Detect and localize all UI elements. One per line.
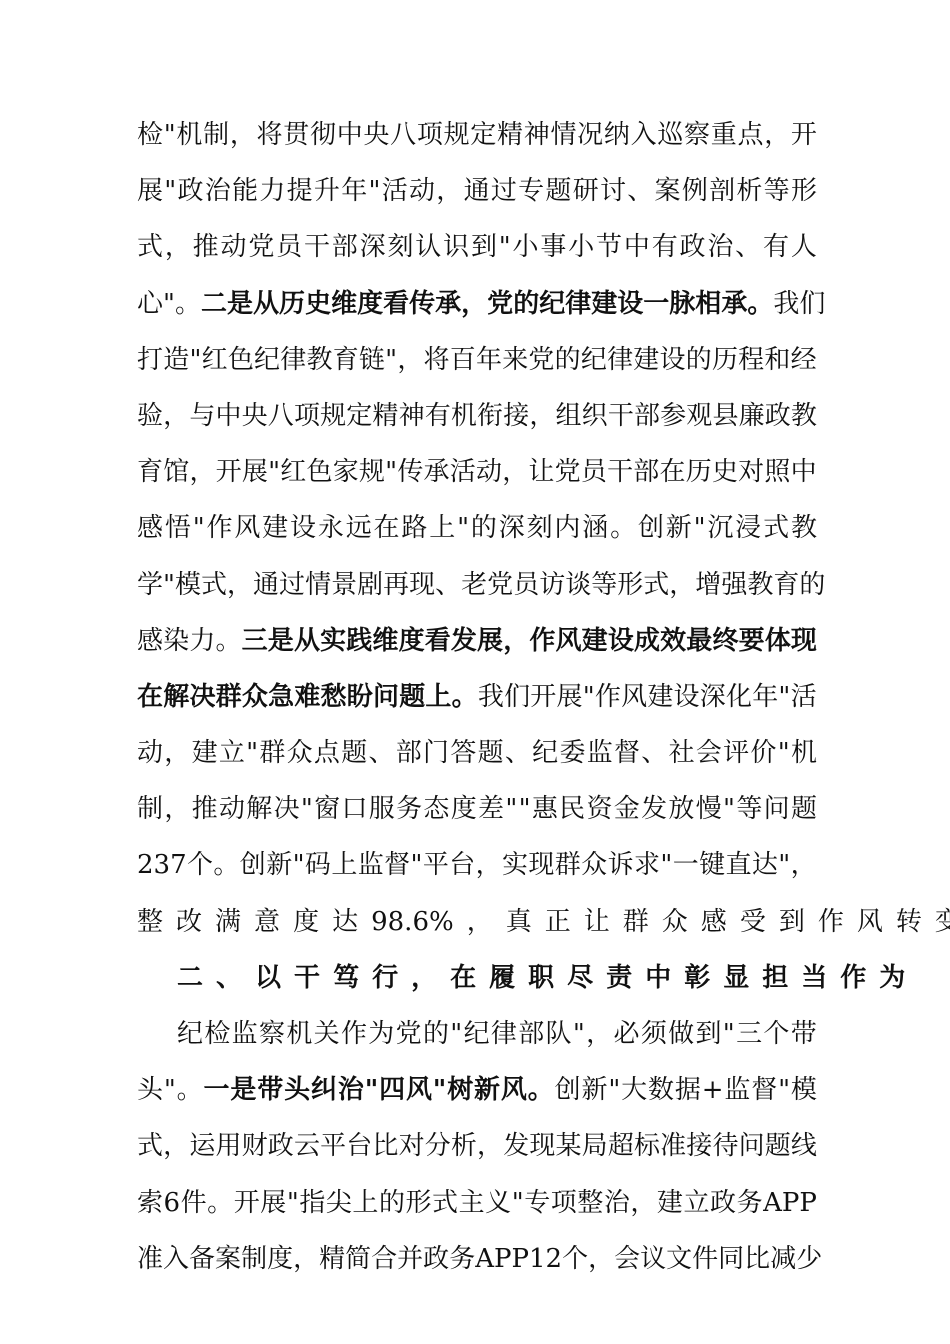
body-text: 直 (725, 840, 751, 896)
bold-text: ， (461, 279, 487, 335)
body-text: 动 (220, 222, 246, 278)
body-text: 政 (680, 222, 706, 278)
body-text: 远 (346, 503, 372, 559)
paragraph-line: 在解决群众急难愁盼问题上。我们开展"作风建设深化年"活 (137, 672, 817, 728)
body-text: " (164, 110, 176, 166)
body-text: 式 (763, 503, 789, 559)
body-text: APP12 (475, 1234, 562, 1290)
body-text: 神 (524, 110, 550, 166)
body-text: 新 (666, 503, 692, 559)
body-text: 建 (657, 1178, 683, 1234)
body-text: 作 (595, 672, 621, 728)
body-text: 慢 (696, 784, 722, 840)
body-text: ， (165, 222, 191, 278)
body-text: 必 (613, 1009, 639, 1065)
body-text: 评 (723, 728, 749, 784)
body-text: 98.6% (371, 897, 454, 953)
body-text: 据 (675, 1065, 701, 1121)
bold-text: 中 (645, 953, 671, 1009)
body-text: 同 (718, 1234, 744, 1290)
body-text: 超 (608, 1121, 634, 1177)
body-text: 整 (137, 897, 163, 953)
body-text: 设 (660, 335, 686, 391)
body-text: 一 (673, 840, 699, 896)
body-text: 接 (686, 1121, 712, 1177)
body-text: 们 (799, 279, 825, 335)
body-text: " (385, 447, 397, 503)
body-text: ， (164, 784, 190, 840)
body-text: 建 (262, 503, 288, 559)
body-text: 员 (581, 447, 607, 503)
body-text: " (189, 335, 201, 391)
bold-text: 树 (447, 1065, 473, 1121)
body-text: 们 (504, 672, 530, 728)
bold-text: 。 (452, 672, 478, 728)
body-text: 事 (540, 222, 566, 278)
body-text: 历 (686, 447, 712, 503)
body-text: 在 (660, 447, 686, 503)
body-text: 题 (478, 728, 504, 784)
body-text: " (505, 784, 517, 840)
body-text: " (368, 166, 380, 222)
bold-text: 风 (406, 1065, 432, 1121)
bold-text: 解 (163, 672, 189, 728)
body-text: 剧 (357, 560, 383, 616)
body-text: 部 (518, 1009, 544, 1065)
body-text: 主 (459, 1178, 485, 1234)
body-text: 金 (614, 784, 640, 840)
paragraph-line: 制，推动解决"窗口服务态度差""惠民资金发放慢"等问题 (137, 784, 817, 840)
body-text: 讨 (600, 166, 626, 222)
body-text: 浸 (735, 503, 761, 559)
body-text: 等 (764, 166, 790, 222)
body-text: 现 (528, 840, 554, 896)
body-text: 达 (332, 897, 358, 953)
body-text: APP (763, 1178, 817, 1234)
body-text: 新 (266, 840, 292, 896)
body-text: 立 (219, 728, 245, 784)
body-text: 律 (280, 335, 306, 391)
body-text: 件 (181, 1178, 207, 1234)
body-text: 分 (425, 1121, 451, 1177)
body-text: 入 (631, 110, 657, 166)
body-text: 动 (476, 447, 502, 503)
bold-text: 承 (435, 279, 461, 335)
body-text: 受 (740, 897, 766, 953)
body-text: 建 (633, 335, 659, 391)
body-text: 强 (721, 560, 747, 616)
body-text: 机 (451, 391, 477, 447)
body-text: 上 (352, 1178, 378, 1234)
body-text: 平 (320, 1121, 346, 1177)
bold-text: 二 (201, 279, 227, 335)
paragraph-line: 打造"红色纪律教育链"，将百年来党的纪律建设的历程和经 (137, 335, 817, 391)
body-text: 监 (724, 1065, 750, 1121)
body-text: 过 (491, 166, 517, 222)
body-text: 诉 (608, 840, 634, 896)
body-text: 到 (695, 1009, 721, 1065)
body-text: ， (467, 897, 493, 953)
body-text: 指 (299, 1178, 325, 1234)
body-text: 干 (607, 447, 633, 503)
body-text: 纪 (581, 335, 607, 391)
body-text: 某 (556, 1121, 582, 1177)
body-text: 做 (668, 1009, 694, 1065)
body-text: 照 (764, 447, 790, 503)
bold-text: 当 (801, 953, 827, 1009)
body-text: 放 (668, 784, 694, 840)
body-text: 永 (318, 503, 344, 559)
body-text: 感 (701, 897, 727, 953)
body-text: 育 (137, 447, 163, 503)
bold-text: 从 (253, 279, 279, 335)
body-text: 大 (621, 1065, 647, 1121)
body-text: 将 (424, 335, 450, 391)
body-text: 景 (331, 560, 357, 616)
body-text: 众 (581, 840, 607, 896)
body-text: 到 (471, 222, 497, 278)
bold-text: 一 (204, 1065, 230, 1121)
body-text: 转 (896, 897, 922, 953)
body-text: 众 (287, 728, 313, 784)
bold-text: 从 (294, 616, 320, 672)
body-text: 央 (363, 110, 389, 166)
body-text: " (301, 784, 313, 840)
bold-text: 二 (177, 953, 203, 1009)
section-heading: 二、以干笃行，在履职尽责中彰显担当作为 (137, 953, 817, 1009)
body-text: 刻 (527, 503, 553, 559)
body-text: 比 (372, 1121, 398, 1177)
body-text: 建 (647, 672, 673, 728)
body-text: 模 (175, 560, 201, 616)
body-text: 题 (765, 1121, 791, 1177)
paragraph-line: 育馆，开展"红色家规"传承活动，让党员干部在历史对照中 (137, 447, 817, 503)
bold-text: 纪 (539, 279, 565, 335)
body-text: 作 (818, 897, 844, 953)
body-text: " (450, 1009, 462, 1065)
body-text: " (778, 672, 790, 728)
body-text: 比 (744, 1234, 770, 1290)
paragraph-line: 感悟"作风建设永远在路上"的深刻内涵。创新"沉浸式教 (137, 503, 817, 559)
body-text: 监 (587, 728, 613, 784)
body-text: 。 (175, 279, 201, 335)
bold-text: 题 (399, 672, 425, 728)
body-text: 众 (662, 897, 688, 953)
bold-text: 头 (284, 1065, 310, 1121)
bold-text: 看 (383, 279, 409, 335)
body-text: 机 (176, 110, 202, 166)
body-text: 动 (137, 728, 163, 784)
body-text: 题 (341, 728, 367, 784)
body-text: " (410, 840, 422, 896)
bold-text: 行 (372, 953, 398, 1009)
body-text: 家 (333, 447, 359, 503)
body-text: 接 (503, 391, 529, 447)
body-text: ， (764, 110, 790, 166)
bold-text: 展 (477, 616, 503, 672)
body-text: 学 (137, 560, 163, 616)
body-text: " (778, 840, 790, 896)
body-text: 定 (346, 391, 372, 447)
bold-text: 纠 (311, 1065, 337, 1121)
body-text: 现 (529, 1121, 555, 1177)
body-text: 形 (791, 166, 817, 222)
bold-text: 四 (379, 1065, 405, 1121)
body-text: ， (669, 560, 695, 616)
bold-text: 发 (451, 616, 477, 672)
bold-text: 历 (279, 279, 305, 335)
bold-text: 是 (230, 1065, 256, 1121)
body-text: 治 (707, 222, 733, 278)
body-text: " (163, 279, 175, 335)
body-text: 织 (582, 391, 608, 447)
body-text: 线 (791, 1121, 817, 1177)
body-text: 政 (423, 1234, 449, 1290)
body-text: 过 (279, 560, 305, 616)
body-text: 展 (242, 447, 268, 503)
body-text: 解 (246, 784, 272, 840)
body-text: 专 (524, 1178, 550, 1234)
bold-text: 成 (634, 616, 660, 672)
body-text: " (163, 560, 175, 616)
body-text: 部 (332, 222, 358, 278)
body-text: 感 (137, 503, 163, 559)
paragraph-line: 纪检监察机关作为党的"纪律部队"，必须做到"三个带 (137, 1009, 817, 1065)
body-text: 力 (189, 616, 215, 672)
bold-text: 作 (529, 616, 555, 672)
body-text: 党 (528, 335, 554, 391)
paragraph-line: 心"。二是从历史维度看传承，党的纪律建设一脉相承。我们 (137, 279, 817, 335)
body-text: 6 (164, 1178, 181, 1234)
body-text: " (694, 503, 706, 559)
bold-text: 传 (409, 279, 435, 335)
bold-text: 实 (320, 616, 346, 672)
paragraph-line: 式，推动党员干部深刻认识到"小事小节中有政治、有人 (137, 222, 817, 278)
body-text: 立 (683, 1178, 709, 1234)
body-text: ， (436, 166, 462, 222)
bold-text: 群 (216, 672, 242, 728)
body-text: 机 (791, 728, 817, 784)
body-text: 馆 (163, 447, 189, 503)
bold-text: 履 (489, 953, 515, 1009)
bold-text: 尽 (567, 953, 593, 1009)
body-text: 在 (374, 503, 400, 559)
body-text: " (287, 1178, 299, 1234)
body-text: 中 (215, 391, 241, 447)
body-text: 链 (359, 335, 385, 391)
body-text: 等 (591, 560, 617, 616)
bold-text: 度 (357, 279, 383, 335)
body-text: 开 (216, 447, 242, 503)
body-text: 群 (623, 897, 649, 953)
bold-text: 盼 (347, 672, 373, 728)
body-text: ， (163, 1121, 189, 1177)
bold-text: 体 (765, 616, 791, 672)
body-text: 县 (712, 391, 738, 447)
paragraph-line: 237个。创新"码上监督"平台，实现群众诉求"一键直达"， (137, 840, 817, 896)
body-text: 键 (699, 840, 725, 896)
body-text: 贯 (283, 110, 309, 166)
body-text: 满 (215, 897, 241, 953)
body-text: 部 (633, 447, 659, 503)
body-text: 展 (137, 166, 163, 222)
body-text: 作 (341, 1009, 367, 1065)
body-text: 年 (341, 166, 367, 222)
body-text: 析 (451, 1121, 477, 1177)
bold-text: 设 (608, 616, 634, 672)
body-text: 情 (305, 560, 331, 616)
body-text: 。 (177, 1065, 203, 1121)
paragraph-line: 检"机制，将贯彻中央八项规定精神情况纳入巡察重点，开 (137, 110, 817, 166)
body-text: 感 (137, 616, 163, 672)
body-text: 度 (451, 784, 477, 840)
body-text: 育 (773, 560, 799, 616)
bold-text: 承 (721, 279, 747, 335)
body-text: 剖 (709, 166, 735, 222)
body-text: 干 (304, 222, 330, 278)
body-text: 纪 (532, 728, 558, 784)
body-text: ， (164, 728, 190, 784)
paragraph-line: 准入备案制度，精简合并政务APP12个，会议文件同比减少 (137, 1234, 817, 1290)
body-text: 经 (791, 335, 817, 391)
body-text: 服 (369, 784, 395, 840)
body-text: 升 (314, 166, 340, 222)
body-text: 个 (187, 840, 213, 896)
body-text: 通 (464, 166, 490, 222)
body-text: 财 (242, 1121, 268, 1177)
body-text: 老 (461, 560, 487, 616)
body-text: ， (397, 335, 423, 391)
body-text: 精 (319, 1234, 345, 1290)
body-text: 创 (555, 1065, 581, 1121)
bold-text: 带 (257, 1065, 283, 1121)
body-text: 用 (215, 1121, 241, 1177)
body-text: 治 (604, 1178, 630, 1234)
body-text: " (723, 1009, 735, 1065)
body-text: 待 (712, 1121, 738, 1177)
body-text: 案 (655, 166, 681, 222)
bold-text: " (365, 1065, 379, 1121)
body-text: 个 (562, 1234, 588, 1290)
body-text: 队 (546, 1009, 572, 1065)
body-text: 巡 (657, 110, 683, 166)
body-text: 问 (764, 784, 790, 840)
body-text: 入 (163, 1234, 189, 1290)
body-text: 造 (163, 335, 189, 391)
document-page: 检"机制，将贯彻中央八项规定精神情况纳入巡察重点，开展"政治能力提升年"活动，通… (137, 110, 817, 1290)
body-text: 有 (425, 391, 451, 447)
body-text: 政 (268, 1121, 294, 1177)
body-text: 制 (137, 784, 163, 840)
body-text: 、 (641, 728, 667, 784)
body-text: " (268, 447, 280, 503)
body-text: 件 (692, 1234, 718, 1290)
body-text: 我 (478, 672, 504, 728)
body-text: 价 (750, 728, 776, 784)
body-text: " (608, 1065, 620, 1121)
body-text: 访 (539, 560, 565, 616)
body-text: 悟 (165, 503, 191, 559)
body-text: 个 (763, 1009, 789, 1065)
body-text: " (519, 784, 531, 840)
bold-text: 干 (294, 953, 320, 1009)
body-text: 局 (582, 1121, 608, 1177)
body-text: + (702, 1065, 724, 1121)
paragraph-line: 动，建立"群众点题、部门答题、纪委监督、社会评价"机 (137, 728, 817, 784)
body-text: 深 (700, 672, 726, 728)
body-text: 历 (712, 335, 738, 391)
body-text: 。 (215, 616, 241, 672)
body-text: 员 (276, 222, 302, 278)
body-text: 创 (638, 503, 664, 559)
body-text: 真 (506, 897, 532, 953)
body-text: 的 (471, 503, 497, 559)
body-text: 力 (259, 166, 285, 222)
body-text: ， (189, 447, 215, 503)
body-text: ， (588, 1234, 614, 1290)
bold-text: 是 (227, 279, 253, 335)
body-text: 小 (568, 222, 594, 278)
body-text: 风 (234, 503, 260, 559)
body-text: 将 (257, 110, 283, 166)
body-text: 带 (791, 1009, 817, 1065)
body-text: 文 (666, 1234, 692, 1290)
body-text: 活 (791, 672, 817, 728)
body-text: 云 (294, 1121, 320, 1177)
body-text: ， (791, 840, 817, 896)
body-text: 心 (137, 279, 163, 335)
body-text: 等 (736, 784, 762, 840)
body-text: 现 (409, 560, 435, 616)
bold-text: 是 (268, 616, 294, 672)
body-text: 政 (178, 166, 204, 222)
body-text: 人 (791, 222, 817, 278)
body-text: 达 (752, 840, 778, 896)
body-text: 展 (260, 1178, 286, 1234)
bold-text: 职 (528, 953, 554, 1009)
body-text: 改 (176, 897, 202, 953)
body-text: 刻 (387, 222, 413, 278)
bold-text: 问 (373, 672, 399, 728)
body-text: 律 (607, 335, 633, 391)
bold-text: 担 (762, 953, 788, 1009)
body-text: ， (230, 110, 256, 166)
body-text: 案 (215, 1234, 241, 1290)
body-text: 开 (791, 110, 817, 166)
body-text: 点 (314, 728, 340, 784)
body-text: 色 (228, 335, 254, 391)
body-text: 风 (857, 897, 883, 953)
body-text: 会 (614, 1234, 640, 1290)
bold-text: 建 (582, 616, 608, 672)
body-text: 项 (417, 110, 443, 166)
body-text: 实 (502, 840, 528, 896)
body-text: " (385, 335, 397, 391)
body-text: 活 (382, 166, 408, 222)
body-text: 度 (293, 897, 319, 953)
body-text: 央 (242, 391, 268, 447)
body-text: 再 (383, 560, 409, 616)
body-text: ， (163, 391, 189, 447)
body-text: 情 (550, 110, 576, 166)
body-text: 动 (219, 784, 245, 840)
body-text: ， (476, 840, 502, 896)
body-text: " (583, 672, 595, 728)
body-text: " (246, 728, 258, 784)
bold-text: 彰 (684, 953, 710, 1009)
body-text: 部 (396, 728, 422, 784)
body-text: 督 (384, 840, 410, 896)
